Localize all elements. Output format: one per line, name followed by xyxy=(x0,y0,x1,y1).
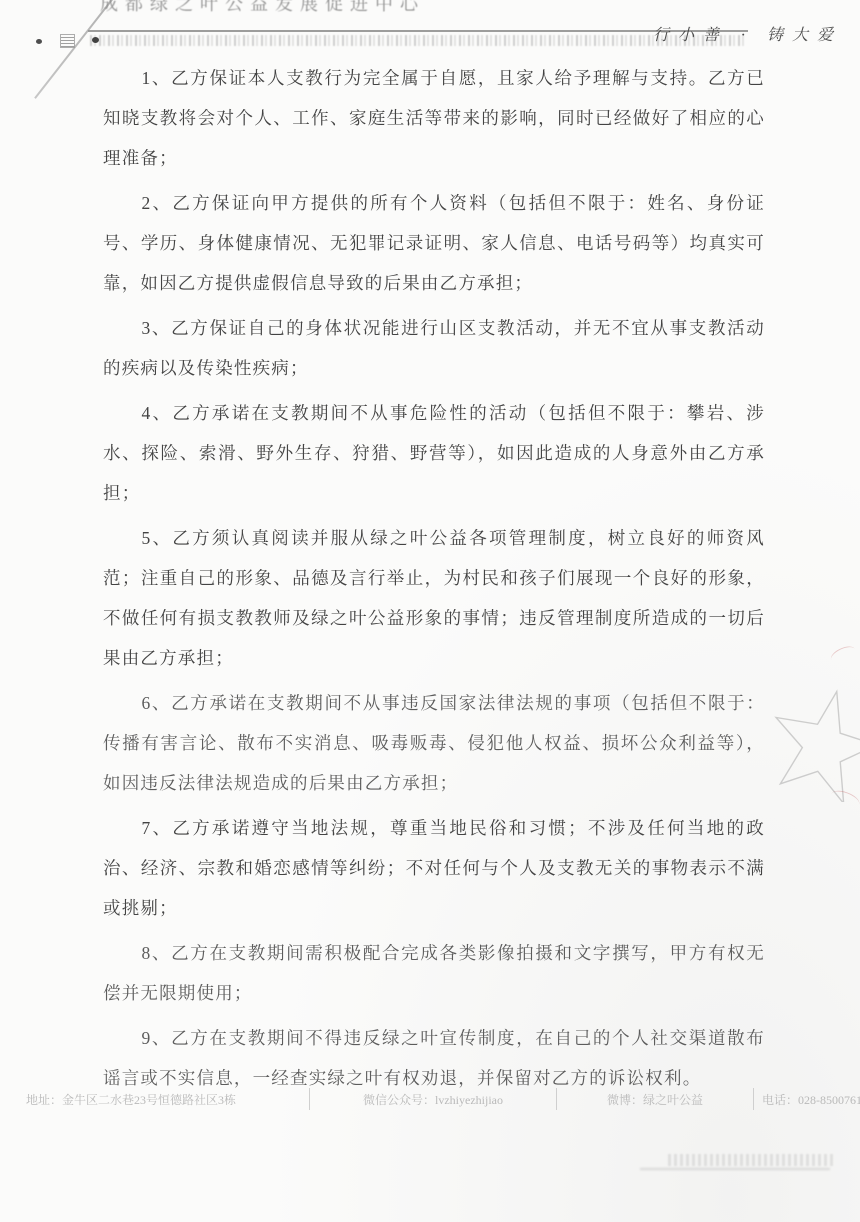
scan-smudge xyxy=(668,1154,836,1166)
clause-9: 9、乙方在支教期间不得违反绿之叶宣传制度，在自己的个人社交渠道散布谣言或不实信息… xyxy=(103,1018,765,1098)
footer-weibo-account: 微博：绿之叶公益 xyxy=(557,1091,753,1108)
page-footer: 地址：金牛区二水巷23号恒德路社区3栋 微信公众号：lvzhiyezhijiao… xyxy=(0,1088,860,1110)
clause-1: 1、乙方保证本人支教行为完全属于自愿，且家人给予理解与支持。乙方已知晓支教将会对… xyxy=(103,58,765,178)
header-motto-calligraphy: 行小善 · 铸大爱 xyxy=(653,22,842,45)
organization-title: 成都绿之叶公益发展促进中心 xyxy=(100,0,425,16)
binder-hole-mark xyxy=(60,34,75,48)
clause-8: 8、乙方在支教期间需积极配合完成各类影像拍摄和文字撰写，甲方有权无偿并无限期使用… xyxy=(103,933,765,1013)
scanned-document-page: 成都绿之叶公益发展促进中心 行小善 · 铸大爱 1、乙方保证本人支教行为完全属于… xyxy=(0,0,860,1222)
header-rule-line xyxy=(88,30,748,32)
contract-clause-list: 1、乙方保证本人支教行为完全属于自愿，且家人给予理解与支持。乙方已知晓支教将会对… xyxy=(103,58,765,1103)
clause-7: 7、乙方承诺遵守当地法规，尊重当地民俗和习惯；不涉及任何当地的政治、经济、宗教和… xyxy=(103,808,765,928)
clause-2: 2、乙方保证向甲方提供的所有个人资料（包括但不限于：姓名、身份证号、学历、身体健… xyxy=(103,183,765,303)
clause-3: 3、乙方保证自己的身体状况能进行山区支教活动，并无不宜从事支教活动的疾病以及传染… xyxy=(103,308,765,388)
clause-6: 6、乙方承诺在支教期间不从事违反国家法律法规的事项（包括但不限于：传播有害言论、… xyxy=(103,683,765,803)
footer-wechat-account: 微信公众号：lvzhiyezhijiao xyxy=(310,1091,556,1108)
faint-star-stamp-icon xyxy=(764,672,860,802)
scan-speck xyxy=(92,37,99,43)
scan-smudge xyxy=(640,1168,830,1170)
footer-address: 地址：金牛区二水巷23号恒德路社区3栋 xyxy=(18,1091,309,1108)
header-microtext-band xyxy=(90,35,745,46)
clause-4: 4、乙方承诺在支教期间不从事危险性的活动（包括但不限于：攀岩、涉水、探险、索滑、… xyxy=(103,393,765,513)
faint-red-seal-trace xyxy=(828,643,857,666)
scan-speck xyxy=(36,39,42,44)
clause-5: 5、乙方须认真阅读并服从绿之叶公益各项管理制度，树立良好的师资风范；注重自己的形… xyxy=(103,518,765,678)
footer-phone: 电话：028-8500761 xyxy=(754,1091,860,1108)
